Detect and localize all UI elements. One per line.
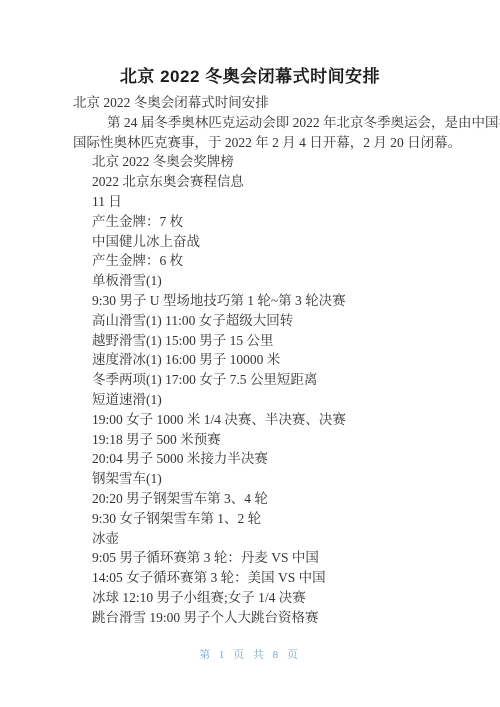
doc-line: 速度滑冰(1) 16:00 男子 10000 米	[73, 350, 434, 370]
doc-line: 2022 北京东奥会赛程信息	[73, 172, 434, 192]
doc-line: 第 24 届冬季奥林匹克运动会即 2022 年北京冬季奥运会，是由中国举办的	[73, 113, 434, 133]
doc-line: 14:05 女子循环赛第 3 轮：美国 VS 中国	[73, 568, 434, 588]
doc-line: 19:18 男子 500 米预赛	[73, 430, 434, 450]
doc-line: 产生金牌：7 枚	[73, 212, 434, 232]
page-title: 北京 2022 冬奥会闭幕式时间安排	[0, 0, 500, 88]
doc-line: 冰壶	[73, 529, 434, 549]
document-body: 北京 2022 冬奥会闭幕式时间安排第 24 届冬季奥林匹克运动会即 2022 …	[0, 88, 500, 628]
doc-line: 跳台滑雪 19:00 男子个人大跳台资格赛	[73, 608, 434, 628]
doc-line: 9:05 男子循环赛第 3 轮：丹麦 VS 中国	[73, 548, 434, 568]
doc-line: 冬季两项(1) 17:00 女子 7.5 公里短距离	[73, 370, 434, 390]
doc-line: 短道速滑(1)	[73, 390, 434, 410]
doc-line: 中国健儿冰上奋战	[73, 232, 434, 252]
doc-line: 高山滑雪(1) 11:00 女子超级大回转	[73, 311, 434, 331]
doc-line: 单板滑雪(1)	[73, 271, 434, 291]
doc-line: 越野滑雪(1) 15:00 男子 15 公里	[73, 331, 434, 351]
doc-line: 20:20 男子钢架雪车第 3、4 轮	[73, 489, 434, 509]
doc-line: 北京 2022 冬奥会奖牌榜	[73, 152, 434, 172]
doc-line: 9:30 女子钢架雪车第 1、2 轮	[73, 509, 434, 529]
doc-line: 产生金牌：6 枚	[73, 251, 434, 271]
doc-line: 钢架雪车(1)	[73, 469, 434, 489]
doc-line: 19:00 女子 1000 米 1/4 决赛、半决赛、决赛	[73, 410, 434, 430]
document-page: 北京 2022 冬奥会闭幕式时间安排 北京 2022 冬奥会闭幕式时间安排第 2…	[0, 0, 500, 707]
doc-line: 20:04 男子 5000 米接力半决赛	[73, 449, 434, 469]
doc-line: 9:30 男子 U 型场地技巧第 1 轮~第 3 轮决赛	[73, 291, 434, 311]
doc-line: 11 日	[73, 192, 434, 212]
doc-line: 北京 2022 冬奥会闭幕式时间安排	[73, 93, 434, 113]
doc-line: 冰球 12:10 男子小组赛;女子 1/4 决赛	[73, 588, 434, 608]
page-footer: 第 1 页 共 8 页	[0, 647, 500, 663]
doc-line: 国际性奥林匹克赛事，于 2022 年 2 月 4 日开幕，2 月 20 日闭幕。	[73, 133, 434, 153]
